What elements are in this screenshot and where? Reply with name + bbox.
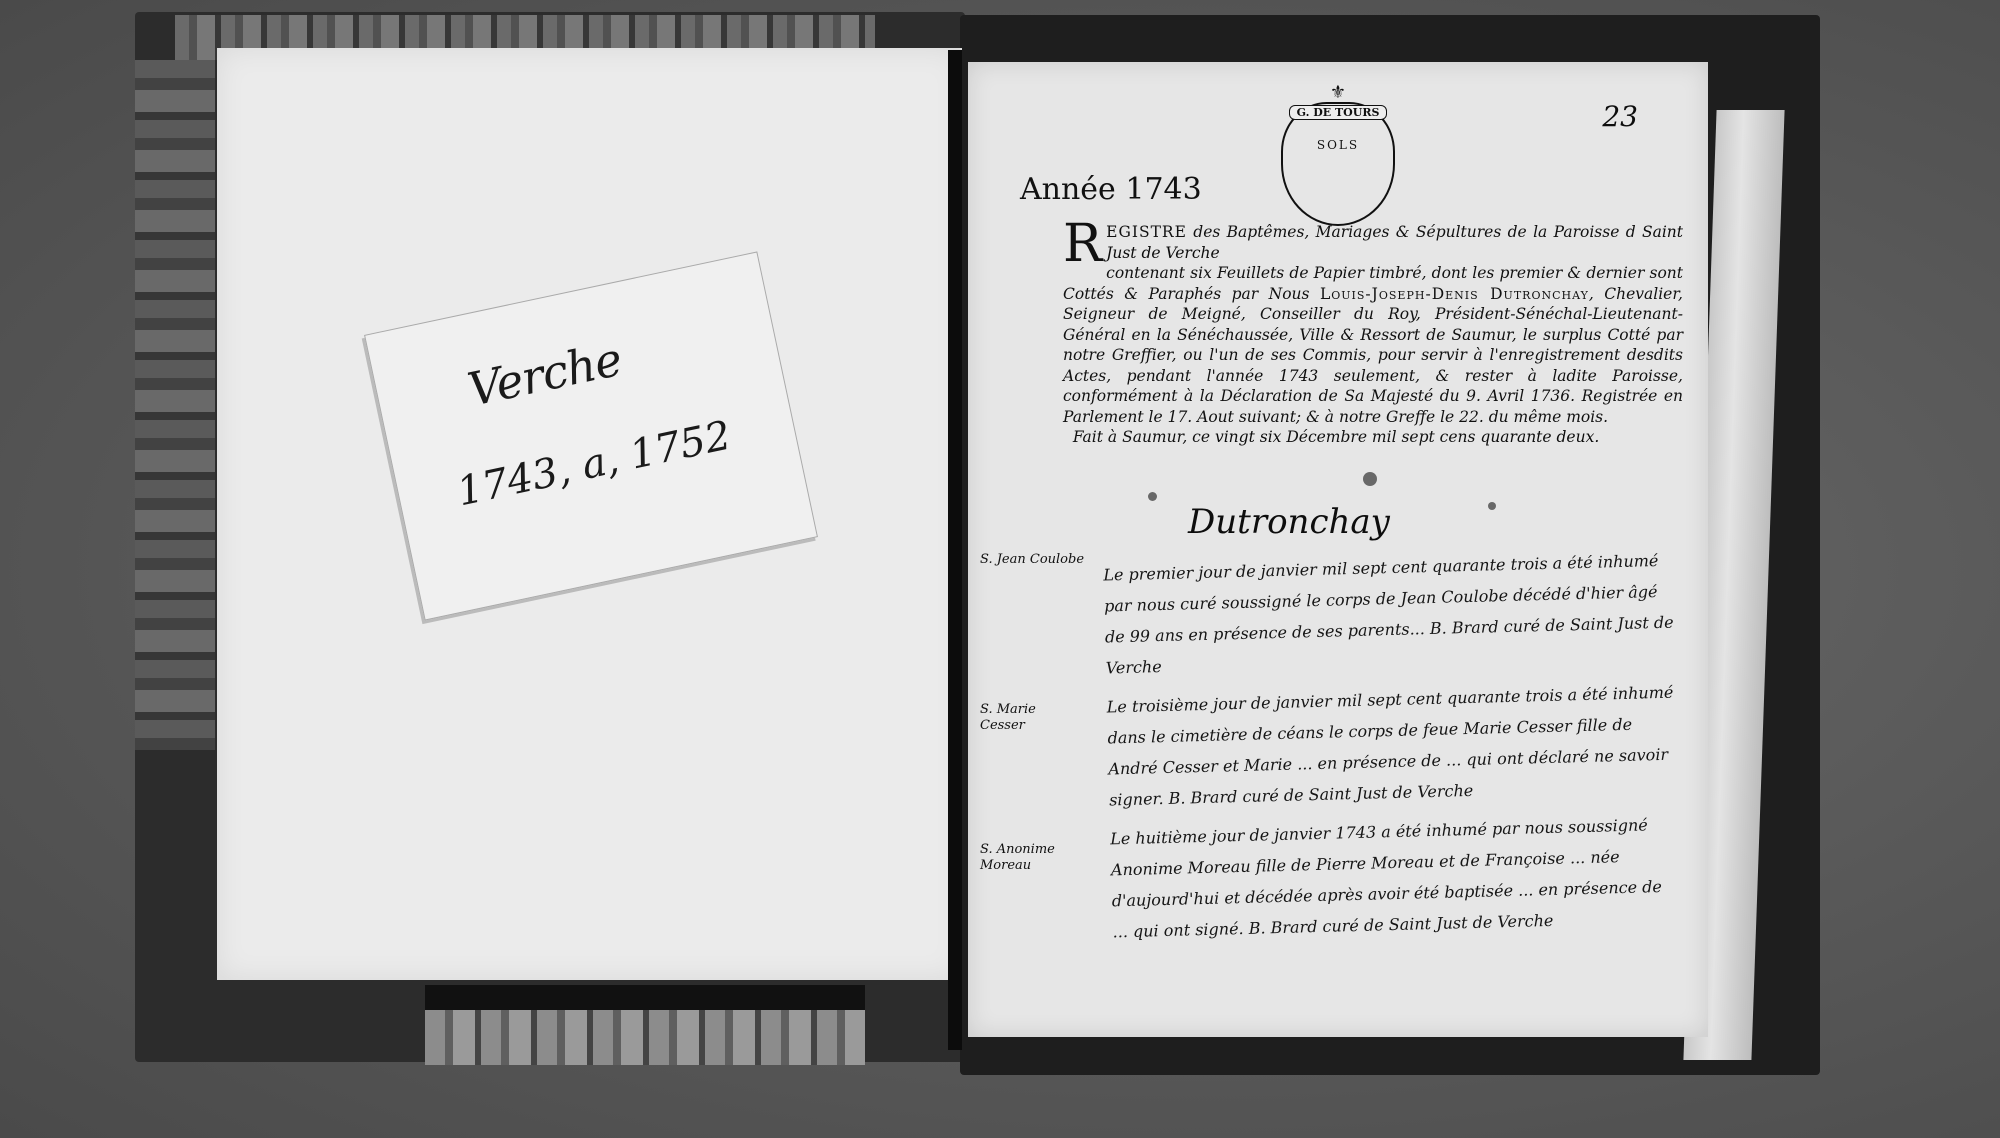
printed-register-form: R EGISTRE des Baptêmes, Mariages & Sépul… [1063,222,1683,448]
year-heading: Année 1743 [1020,172,1202,207]
tax-stamp: ⚜ G. DE TOURS SOLS [1281,102,1395,226]
ink-blot [1488,502,1496,510]
cover-marbled-edge-bottom [425,1010,865,1065]
form-line-2: Paroisse d [1554,223,1636,241]
cover-bottom-shadow [425,985,865,1013]
closing-prefix: Fait à Saumur, ce [1073,428,1210,446]
margin-name: S. Anonime Moreau [980,842,1060,874]
register-entry: Le troisième jour de janvier mil sept ce… [1106,677,1679,816]
official-name: Louis-Joseph-Denis Dutronchay [1320,285,1589,303]
burial-entries: Le premier jour de janvier mil sept cent… [1103,545,1683,956]
register-page: ⚜ G. DE TOURS SOLS 23 Année 1743 R EGIST… [968,62,1708,1037]
register-entry: Le huitième jour de janvier 1743 a été i… [1110,809,1683,948]
cover-marbled-edge-left [135,60,215,750]
form-title: EGISTRE [1106,223,1187,241]
ink-blot [1363,472,1377,486]
margin-name: S. Marie Cesser [980,702,1050,734]
fleur-de-lis-icon: ⚜ [1283,82,1393,103]
folio-number: 23 [1602,100,1638,133]
form-line-1: des Baptêmes, Mariages & Sépultures de l… [1193,223,1547,241]
book-spine [948,50,962,1050]
official-signature: Dutronchay [1188,502,1390,542]
form-line-3: contenant [1106,264,1185,282]
register-year: 1743 [1279,367,1318,385]
label-place-name: Verche [463,332,626,417]
register-entry: Le premier jour de janvier mil sept cent… [1103,545,1676,684]
stamp-value: SOLS [1283,138,1393,152]
ink-blot [1148,492,1157,501]
closing-year: quarante deux. [1480,428,1599,446]
margin-name: S. Jean Coulobe [980,552,1084,568]
closing-day: vingt six [1215,428,1281,446]
stamp-banner: G. DE TOURS [1289,105,1387,120]
sheet-count: six [1190,264,1212,282]
drop-cap: R [1063,222,1102,266]
label-year-range: 1743, a, 1752 [453,413,735,516]
closing-month: Décembre mil sept cens [1286,428,1475,446]
